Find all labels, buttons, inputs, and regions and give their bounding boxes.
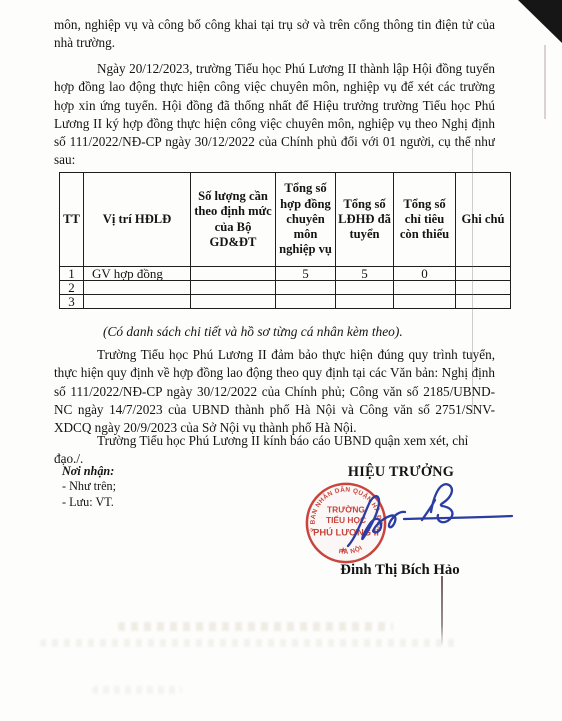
table-cell: GV hợp đồng [84,267,191,281]
table-header-cell: Tổng số hợp đồng chuyên môn nghiệp vụ [276,173,336,267]
text-line: môn, nghiệp vụ và công bố công khai tại … [54,16,495,34]
ink-bleedthrough [118,622,393,631]
signer-name: Đinh Thị Bích Hảo [315,562,485,579]
table-cell [84,295,191,309]
table-cell [276,281,336,295]
table-row: 3 [60,295,511,309]
text-line: số 111/2022/NĐ-CP ngày 30/12/2022 của Ch… [54,383,495,401]
table-cell [456,281,511,295]
table-cell: 3 [60,295,84,309]
table-cell [456,267,511,281]
scanned-document-page: môn, nghiệp vụ và công bố công khai tại … [0,0,562,721]
recruitment-table: TT Vị trí HĐLĐ Số lượng cần theo định mứ… [59,172,511,309]
table-cell: 0 [394,267,456,281]
table-row: 2 [60,281,511,295]
table-cell [191,267,276,281]
text-line: Trường Tiểu học Phú Lương II đảm bảo thự… [54,346,495,364]
paragraph-establishment: Ngày 20/12/2023, trường Tiểu học Phú Lươ… [54,60,495,170]
table-header-cell: TT [60,173,84,267]
scan-corner-fold [518,0,562,43]
recipient-item: - Như trên; [62,479,116,494]
ink-bleedthrough [40,639,460,647]
text-line: sau: [54,151,495,169]
handwritten-signature [318,476,523,556]
table-cell [394,295,456,309]
table-row: 1 GV hợp đồng 5 5 0 [60,267,511,281]
text-line: thực hiện quy định về hợp đồng lao động … [54,364,495,382]
text-line: số 111/2022/NĐ-CP ngày 30/12/2022 của Ch… [54,133,495,151]
table-cell [394,281,456,295]
recipient-item: - Lưu: VT. [62,495,116,510]
paragraph-assurance: Trường Tiểu học Phú Lương II đảm bảo thự… [54,346,495,437]
signature-stroke [348,496,405,546]
paragraph-intro: môn, nghiệp vụ và công bố công khai tại … [54,16,495,53]
text-line: hợp xin ứng tuyển. Hội đồng đã thống nhấ… [54,97,495,115]
table-cell [336,281,394,295]
text-line: Lương II ký hợp đồng thực hiện công việc… [54,115,495,133]
table-cell [191,281,276,295]
table-cell [84,281,191,295]
ink-bleedthrough [92,686,182,694]
text-line: hợp đồng lao động thực hiện công việc ch… [54,78,495,96]
table-cell: 2 [60,281,84,295]
recipients-label: Nơi nhận: [62,464,116,479]
table-cell: 1 [60,267,84,281]
table-header-cell: Số lượng cần theo định mức của Bộ GD&ĐT [191,173,276,267]
recipients-block: Nơi nhận: - Như trên; - Lưu: VT. [62,464,116,510]
table-cell: 5 [336,267,394,281]
table-cell [336,295,394,309]
attachment-note: (Có danh sách chi tiết và hồ sơ từng cá … [103,324,403,340]
table-header-cell: Tổng số LĐHĐ đã tuyển [336,173,394,267]
paper-fold-line [544,45,546,119]
table-cell [276,295,336,309]
signature-stroke [404,516,512,519]
text-line: nhà trường. [54,34,495,52]
table-cell [191,295,276,309]
table-header-cell: Ghi chú [456,173,511,267]
table-cell [456,295,511,309]
table-cell: 5 [276,267,336,281]
text-line: Ngày 20/12/2023, trường Tiểu học Phú Lươ… [54,60,495,78]
table-header-cell: Vị trí HĐLĐ [84,173,191,267]
table-header-row: TT Vị trí HĐLĐ Số lượng cần theo định mứ… [60,173,511,267]
paper-fold-line [472,148,473,414]
paper-fold-line [441,576,443,646]
table-header-cell: Tổng số chỉ tiêu còn thiếu [394,173,456,267]
text-line: NC ngày 14/7/2023 của UBND thành phố Hà … [54,401,495,419]
